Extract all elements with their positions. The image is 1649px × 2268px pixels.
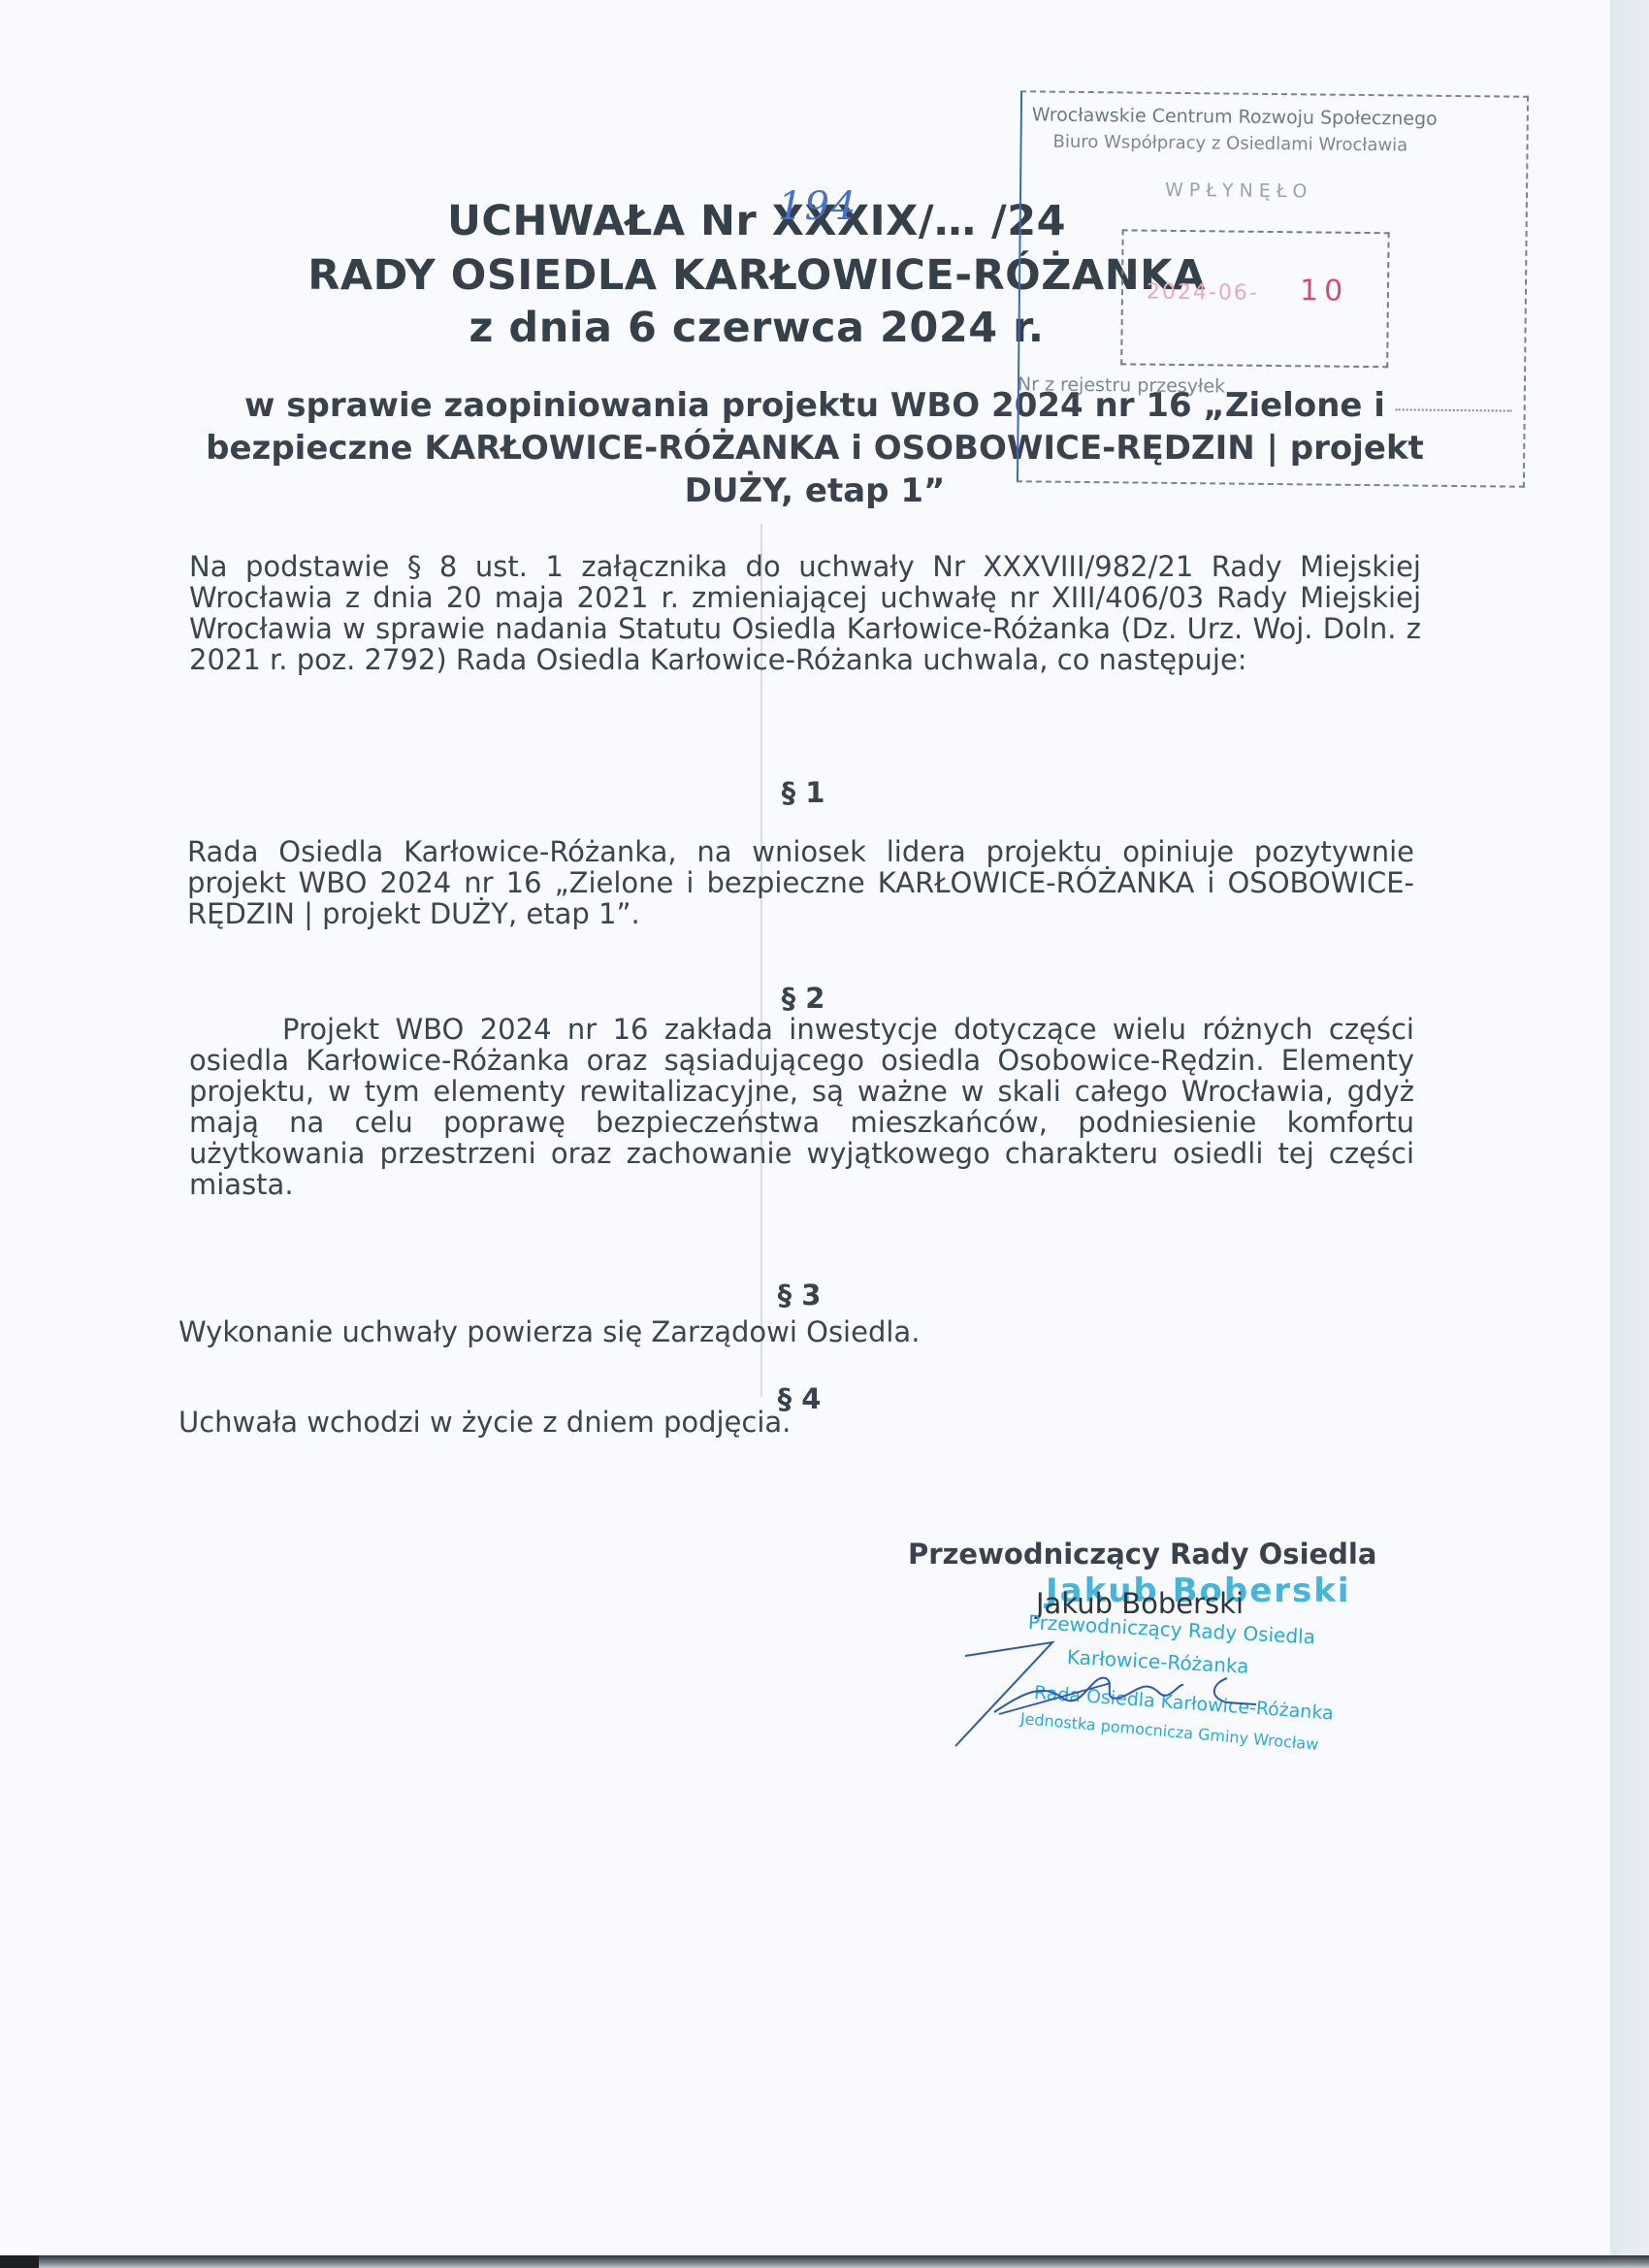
- stamp-date-faded: 2024-06-: [1147, 280, 1259, 306]
- section-text-4: Uchwała wchodzi w życie z dniem podjęcia…: [178, 1407, 1051, 1438]
- stamp-received-label: WPŁYNĘŁO: [1165, 179, 1313, 203]
- signatory-role: Przewodniczący Rady Osiedla: [908, 1538, 1412, 1571]
- section-heading-2: § 2: [706, 982, 900, 1015]
- section-text-1: Rada Osiedla Karłowice-Różanka, na wnios…: [187, 836, 1414, 929]
- stamp-date-box: 2024-06- 10: [1120, 229, 1389, 368]
- section-heading-3: § 3: [702, 1279, 896, 1312]
- stamp-register-label: Nr z rejestru przesyłek: [1018, 373, 1225, 397]
- handwritten-signature-icon: [936, 1625, 1266, 1751]
- section-text-2-content: Projekt WBO 2024 nr 16 zakłada inwestycj…: [189, 1013, 1414, 1201]
- preamble: Na podstawie § 8 ust. 1 załącznika do uc…: [189, 551, 1421, 675]
- section-text-2: Projekt WBO 2024 nr 16 zakłada inwestycj…: [189, 1014, 1414, 1200]
- stamp-office: Biuro Współpracy z Osiedlami Wrocławia: [1052, 132, 1407, 156]
- handwritten-resolution-number: 194: [778, 184, 857, 229]
- scanner-bottom-edge: [0, 2255, 1649, 2268]
- stamp-institution: Wrocławskie Centrum Rozwoju Społecznego: [1032, 104, 1438, 129]
- stamp-register-dotted-line: [1396, 408, 1512, 411]
- stamp-date-day: 10: [1300, 274, 1349, 308]
- document-page: UCHWAŁA Nr XXXIX/… /24 RADY OSIEDLA KARŁ…: [0, 0, 1610, 2255]
- section-heading-1: § 1: [706, 776, 900, 809]
- section-text-3: Wykonanie uchwały powierza się Zarządowi…: [178, 1316, 1051, 1347]
- scanner-right-margin: [1610, 0, 1649, 2268]
- incoming-mail-stamp: Wrocławskie Centrum Rozwoju Społecznego …: [1017, 90, 1529, 487]
